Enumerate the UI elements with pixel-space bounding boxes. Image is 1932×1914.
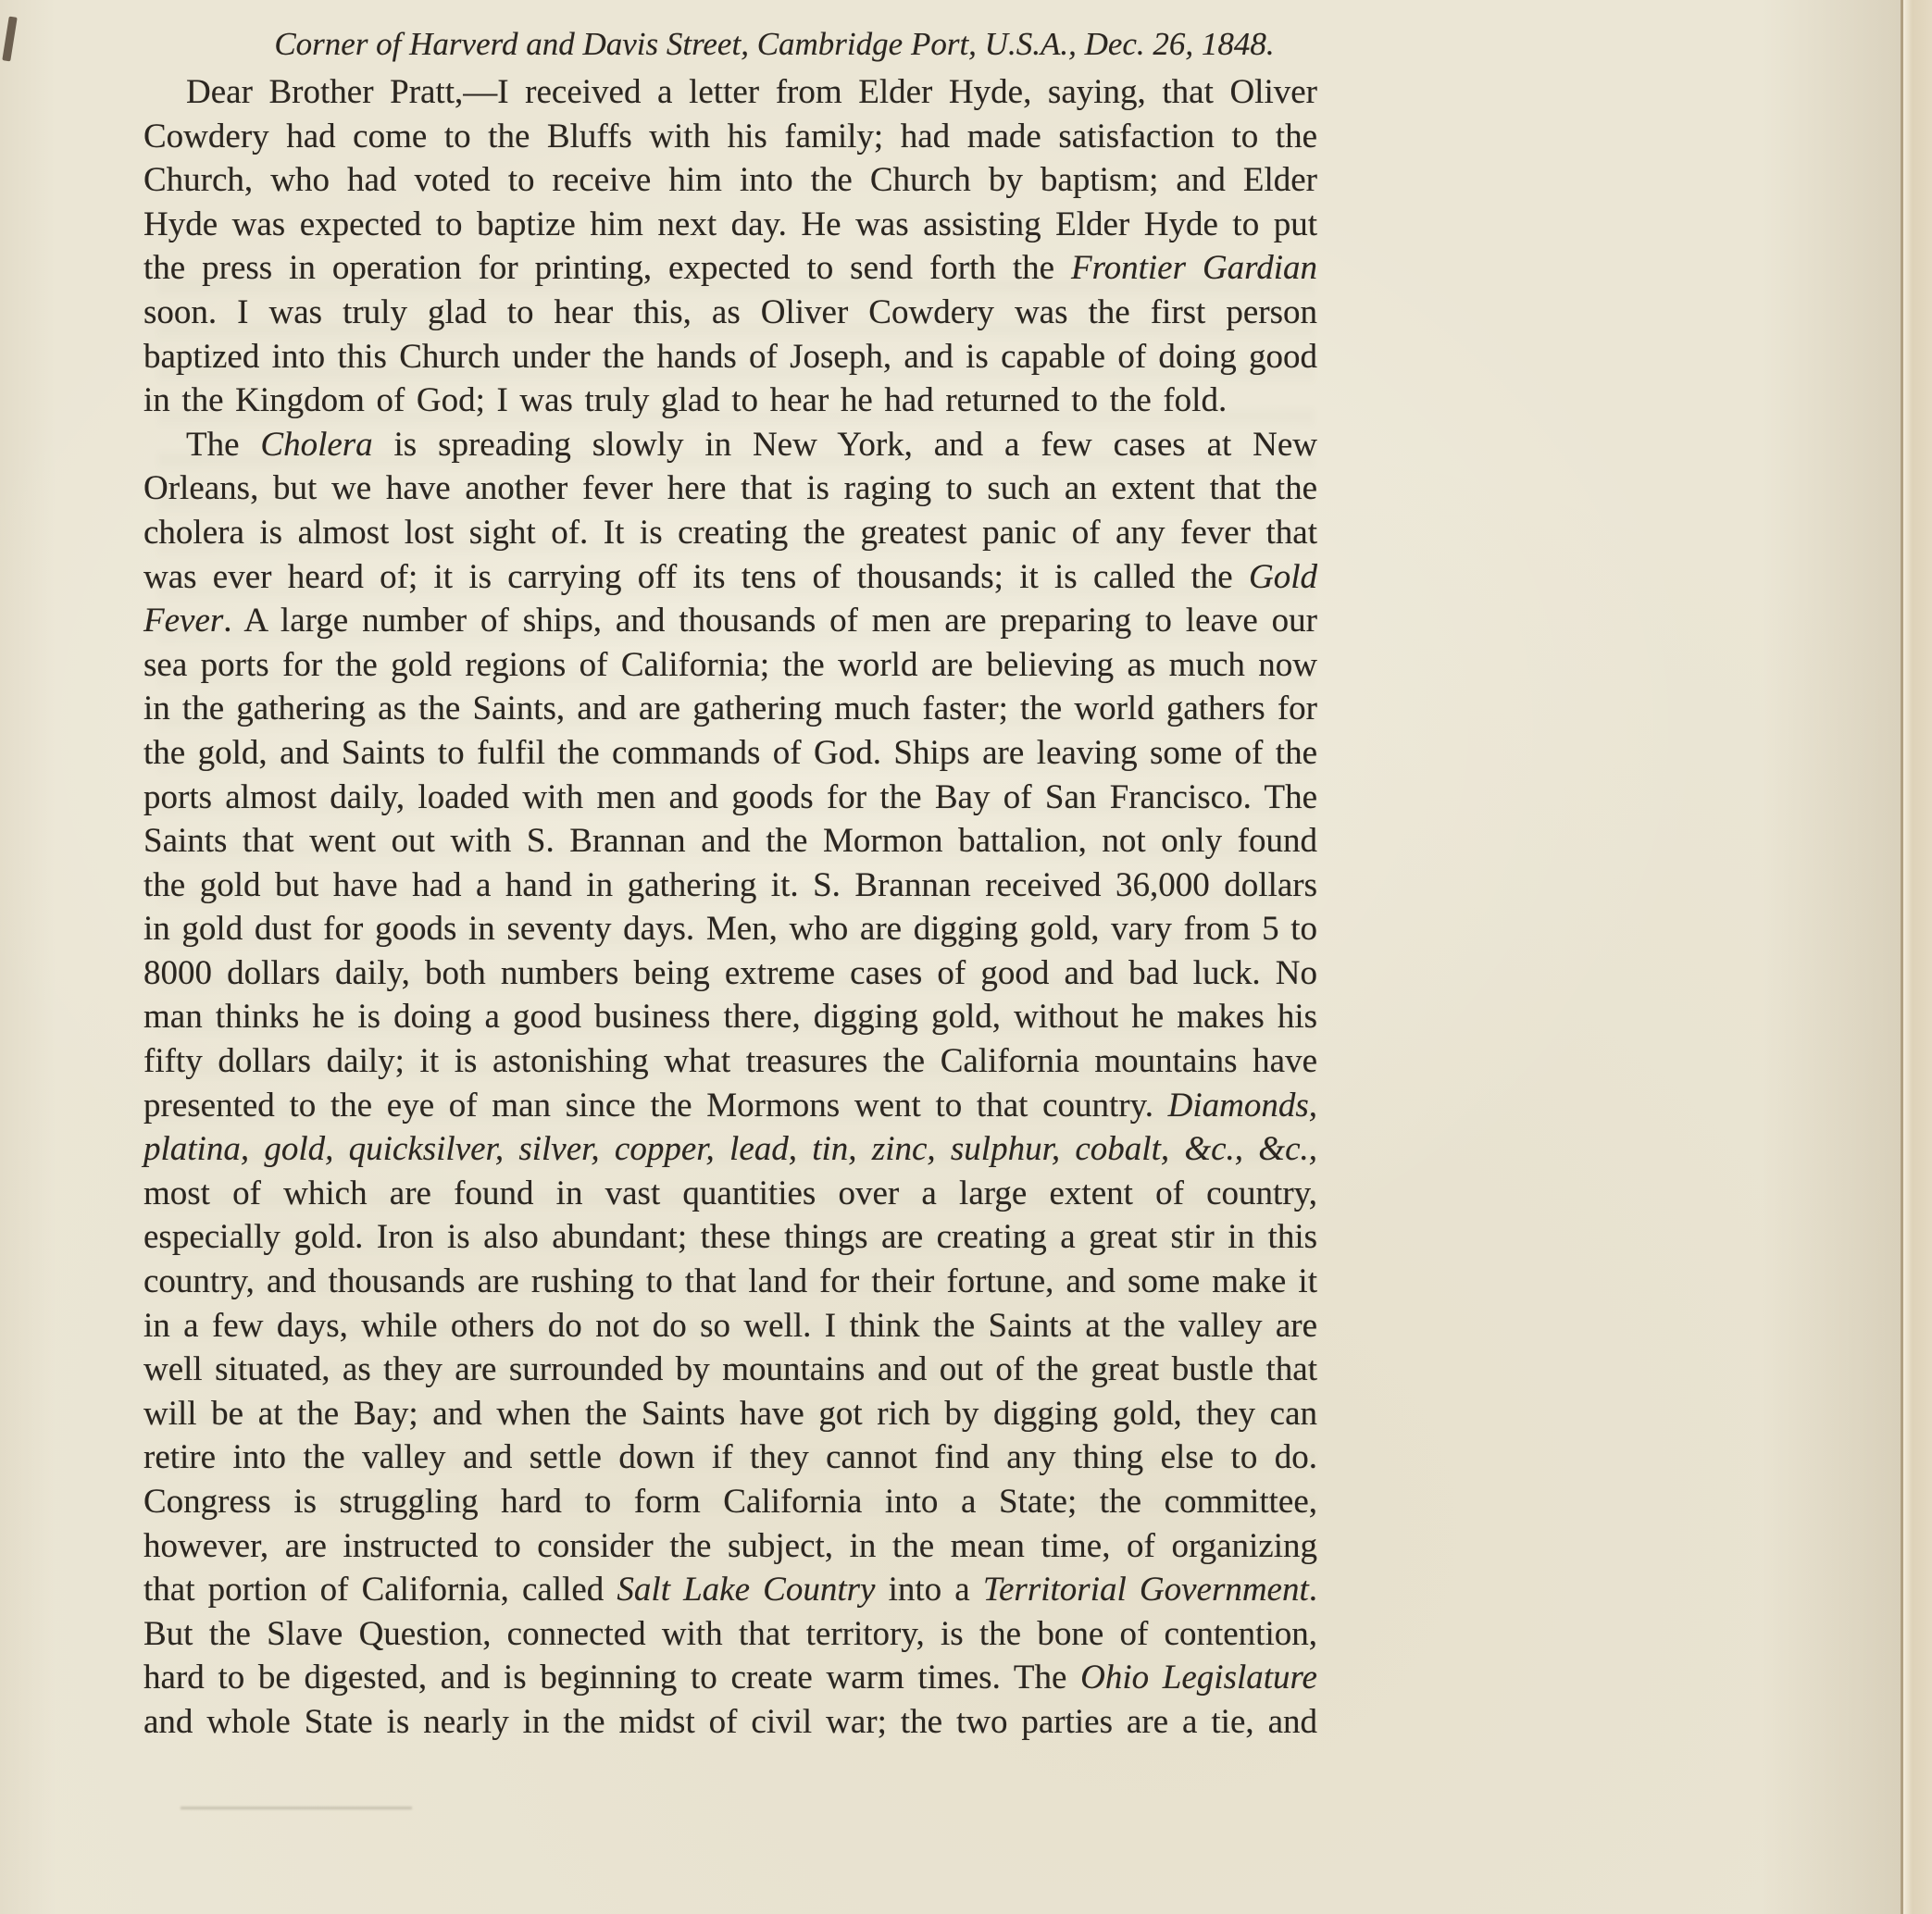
dateline: Corner of Harverd and Davis Street, Camb… <box>143 24 1317 65</box>
italic-text-segment: Cholera <box>260 426 372 464</box>
text-segment: most of which are found in vast quantiti… <box>143 1174 1317 1609</box>
paper-smudge <box>181 1807 412 1809</box>
text-segment: soon. I was truly glad to hear this, as … <box>143 293 1317 419</box>
italic-text-segment: Territorial Government <box>983 1571 1309 1609</box>
text-segment: The <box>186 426 260 464</box>
page-curvature-shadow <box>1762 0 1901 1914</box>
italic-text-segment: Ohio Legislature <box>1080 1659 1317 1696</box>
paragraph: Dear Brother Pratt,—I received a letter … <box>143 70 1317 423</box>
letter-body: Dear Brother Pratt,—I received a letter … <box>143 70 1317 1745</box>
paragraph: The Cholera is spreading slowly in New Y… <box>143 423 1317 1745</box>
text-segment: . A large number of ships, and thousands… <box>143 602 1317 1125</box>
text-segment: and whole State is nearly in the midst o… <box>143 1703 1317 1741</box>
letter-page: Corner of Harverd and Davis Street, Camb… <box>143 24 1317 1745</box>
scanned-page: Corner of Harverd and Davis Street, Camb… <box>0 0 1932 1914</box>
italic-text-segment: Frontier Gardian <box>1071 249 1317 287</box>
scan-corner-mark <box>2 17 17 62</box>
adjacent-page-edge <box>1903 0 1932 1914</box>
text-segment: into a <box>875 1571 982 1609</box>
italic-text-segment: Salt Lake Country <box>617 1571 875 1609</box>
